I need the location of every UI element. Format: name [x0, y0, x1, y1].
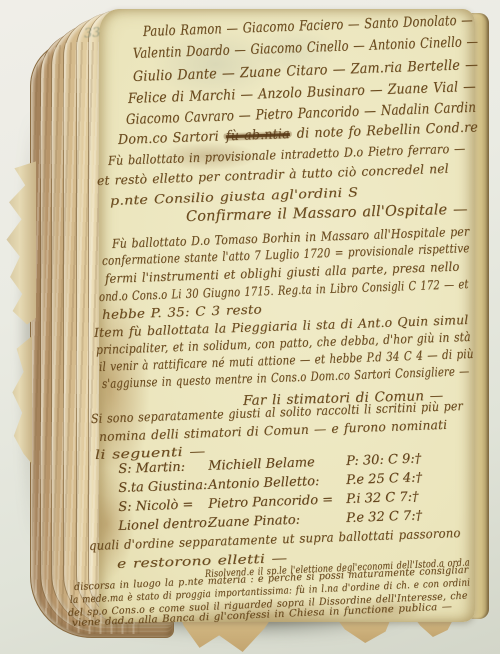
parish-name: Lionel dentro: [118, 516, 211, 534]
handwritten-text-layer: S: Martin: Michiell Belame P: 30: C 9:† … [0, 0, 500, 654]
section-heading: Confirmare il Massaro all'Ospitale — [186, 202, 468, 225]
estimator-name: Antonio Belletto: [208, 474, 320, 493]
manuscript-text-line: li seguenti — [95, 443, 206, 462]
text-segment: di note fo Rebellin Cond.re [291, 119, 478, 141]
estimator-name: Zuane Pinato: [208, 513, 300, 531]
parish-name: S: Martin: [118, 460, 185, 477]
estimator-name: Pietro Pancorido = [208, 492, 333, 511]
vote-count: P: 30: C 9:† [346, 451, 422, 469]
text-segment: Dom.co Sartori [118, 128, 225, 148]
stimatori-row: S: Martin: Michiell Belame P: 30: C 9:† [0, 449, 500, 466]
vote-count: P.e 25 C 4:† [346, 470, 422, 488]
manuscript-text-line: hebbe P. 35: C 3 resto [102, 301, 262, 322]
parish-name: S: Nicolò = [118, 497, 194, 515]
vote-count: P.i 32 C 7:† [346, 490, 419, 508]
struck-out-text: fù ab.ntia [224, 126, 292, 144]
manuscript-photo: 33 S: Martin: Michiell Belame P: 30: C 9… [0, 0, 500, 654]
vote-count: P.e 32 C 7:† [346, 508, 422, 526]
estimator-name: Michiell Belame [208, 455, 315, 474]
parish-name: S.ta Giustina: [118, 478, 208, 496]
